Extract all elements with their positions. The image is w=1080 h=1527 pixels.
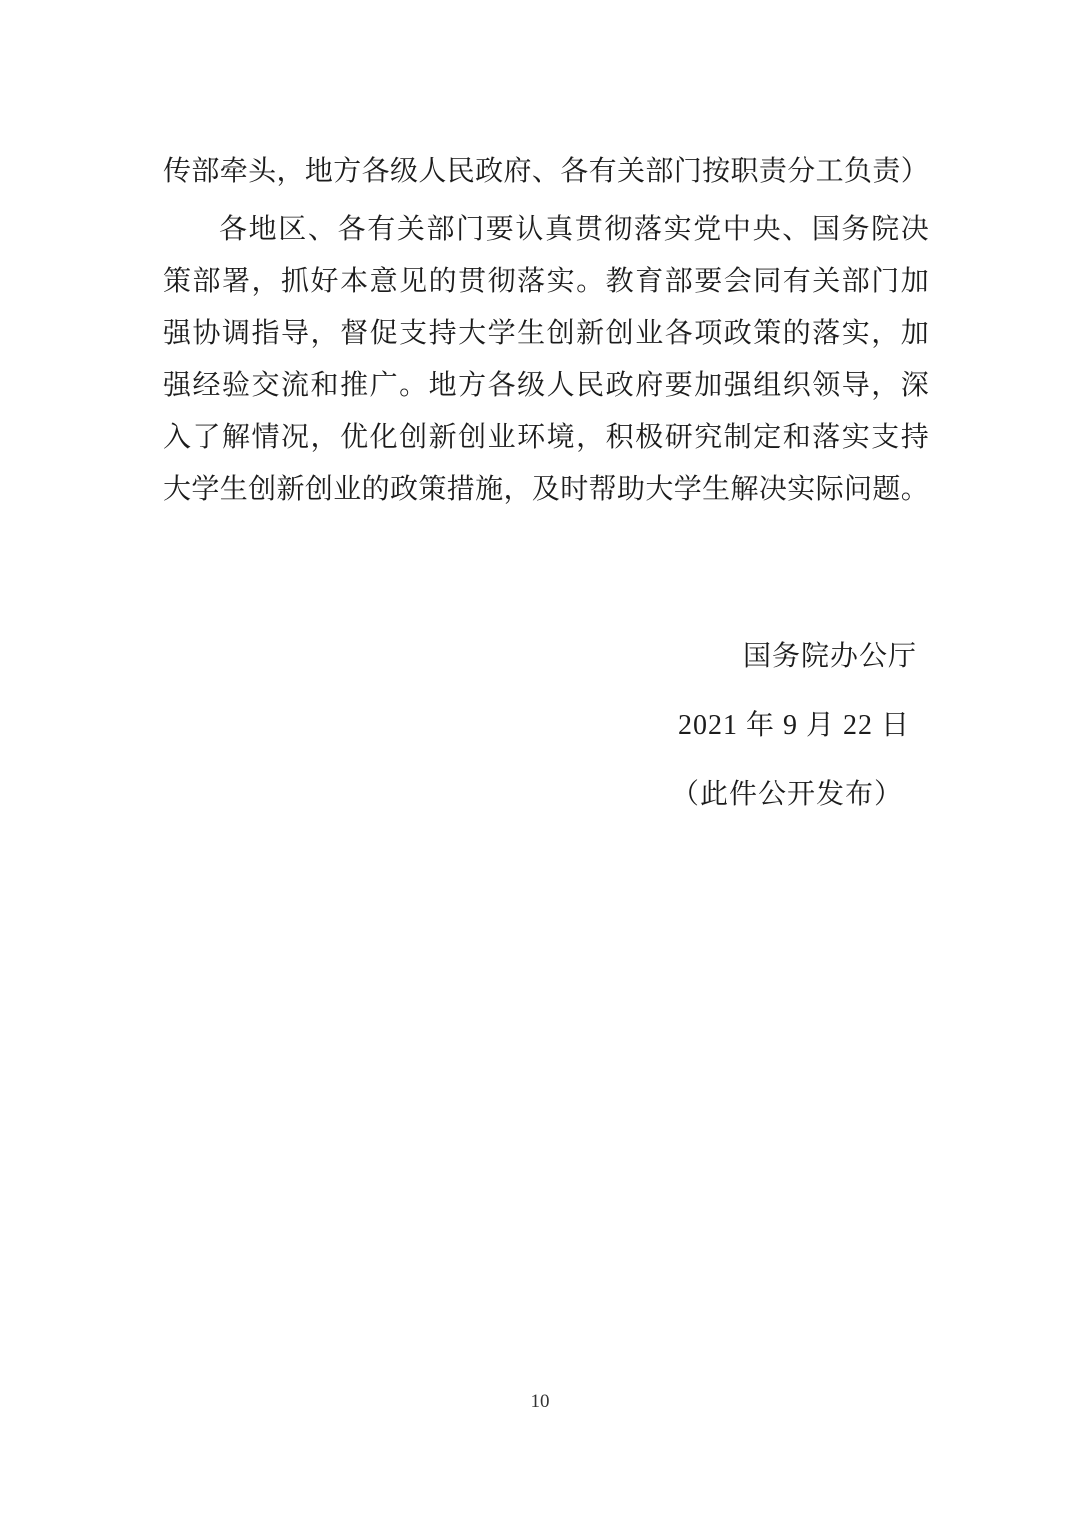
page-number: 10 [0,1388,1080,1416]
body-line: 大学生创新创业的政策措施，及时帮助大学生解决实际问题。 [163,464,929,516]
signature-issuer: 国务院办公厅 [163,622,929,691]
paragraph-closing: 各地区、各有关部门要认真贯彻落实党中央、国务院决 策部署，抓好本意见的贯彻落实。… [163,204,929,516]
paragraph-continuation: 传部牵头，地方各级人民政府、各有关部门按职责分工负责） [163,146,929,198]
document-page: 传部牵头，地方各级人民政府、各有关部门按职责分工负责） 各地区、各有关部门要认真… [0,0,1080,1527]
signature-block: 国务院办公厅 2021 年 9 月 22 日 （此件公开发布） [163,622,929,829]
body-line: 各地区、各有关部门要认真贯彻落实党中央、国务院决 [163,204,929,256]
body-line: 传部牵头，地方各级人民政府、各有关部门按职责分工负责） [163,146,929,198]
signature-public-release-note: （此件公开发布） [163,760,929,829]
document-body: 传部牵头，地方各级人民政府、各有关部门按职责分工负责） 各地区、各有关部门要认真… [163,146,929,516]
body-line: 入了解情况，优化创新创业环境，积极研究制定和落实支持 [163,412,929,464]
body-line: 策部署，抓好本意见的贯彻落实。教育部要会同有关部门加 [163,256,929,308]
signature-date: 2021 年 9 月 22 日 [163,691,929,760]
body-line: 强协调指导，督促支持大学生创新创业各项政策的落实，加 [163,308,929,360]
body-line: 强经验交流和推广。地方各级人民政府要加强组织领导，深 [163,360,929,412]
